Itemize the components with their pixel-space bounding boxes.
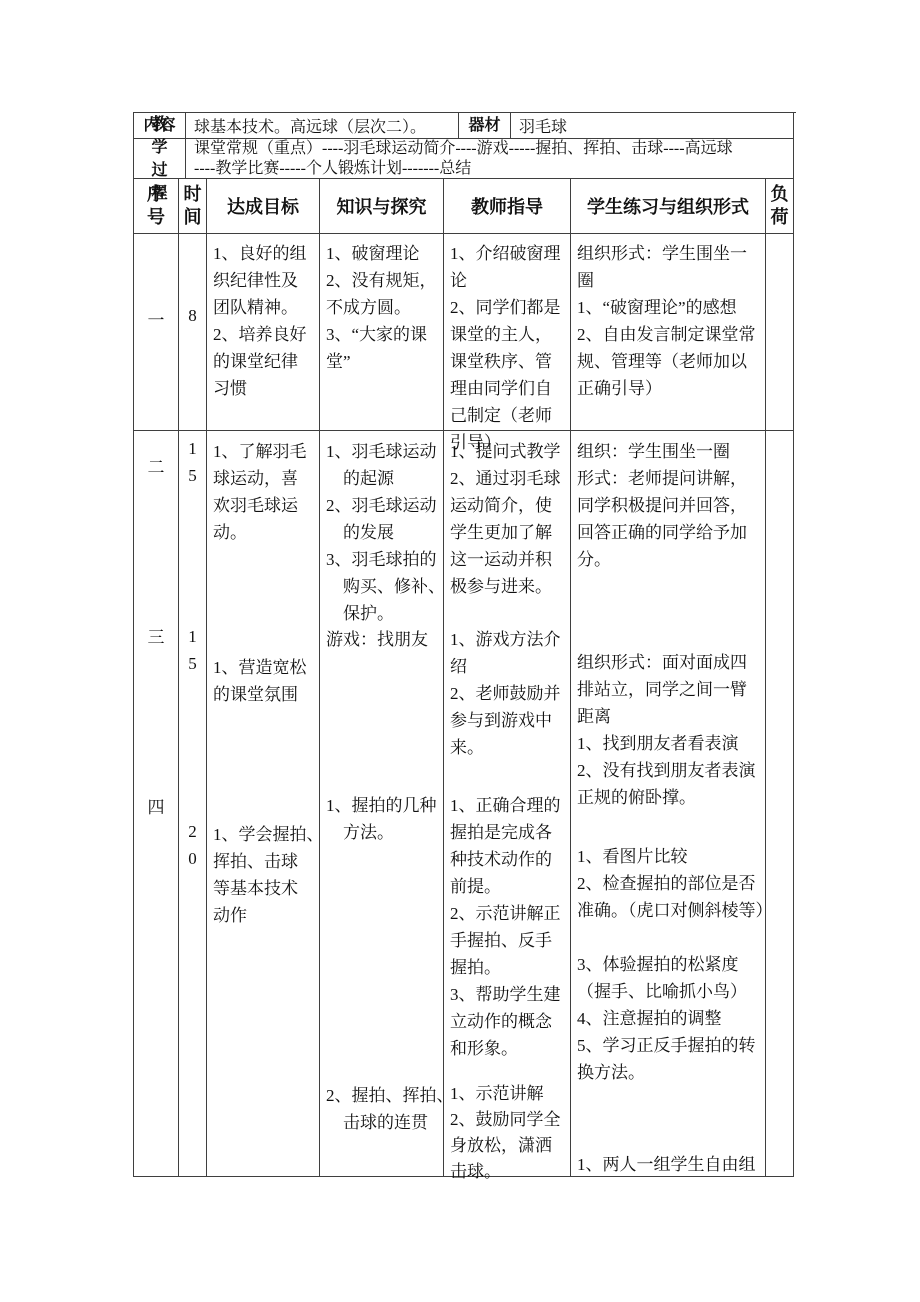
section2-knowledge: 1、羽毛球运动 的起源 2、羽毛球运动 的发展 3、羽毛球拍的 购买、修补、 保… xyxy=(326,438,447,627)
section3-practice: 组织形式：面对面成四 排站立，同学之间一臂 距离 1、找到朋友者看表演 2、没有… xyxy=(577,649,769,811)
col-header-practice: 学生练习与组织形式 xyxy=(571,179,766,234)
row1-practice: 组织形式：学生围坐一 圈 1、“破窗理论”的感想 2、自由发言制定课堂常 规、管… xyxy=(571,234,766,431)
col-header-goal: 达成目标 xyxy=(207,179,320,234)
section2-time: 15 xyxy=(179,435,206,489)
process-value: 课堂常规（重点）----羽毛球运动简介----游戏-----握拍、挥拍、击球--… xyxy=(186,139,794,179)
equipment-value: 羽毛球 xyxy=(511,113,794,139)
teacher-cell: 1、提问式教学 2、通过羽毛球 运动简介，使 学生更加了解 这一运动并积 极参与… xyxy=(444,431,571,1177)
row1-knowledge: 1、破窗理论 2、没有规矩， 不成方圆。 3、“大家的课 堂” xyxy=(320,234,444,431)
section2-seq: 二 xyxy=(134,453,178,478)
section4-seq: 四 xyxy=(134,793,178,818)
col-header-time-text: 时间 xyxy=(182,183,203,229)
col-header-knowledge: 知识与探究 xyxy=(320,179,444,234)
document-page: 内容 球基本技术。高远球（层次二）。 器材 羽毛球 教学过程 课堂常规（重点）-… xyxy=(0,0,920,1302)
section2-practice: 组织：学生围坐一圈 形式：老师提问讲解， 同学积极提问并回答， 回答正确的同学给… xyxy=(577,438,769,573)
row1-seq: 一 xyxy=(134,234,179,431)
section4-knowledge: 1、握拍的几种 方法。 xyxy=(326,792,447,846)
col-header-teacher: 教师指导 xyxy=(444,179,571,234)
col-header-seq-text: 序号 xyxy=(146,183,167,229)
table-row-1: 一 8 1、良好的组 织纪律性及 团队精神。 2、培养良好 的课堂纪律 习惯 1… xyxy=(134,234,796,431)
row1-seq-text: 一 xyxy=(134,306,178,331)
col-header-load: 负荷 xyxy=(766,179,794,234)
process-label: 教学过程 xyxy=(134,139,186,179)
section3-time: 15 xyxy=(179,623,206,677)
col-header-time: 时间 xyxy=(179,179,207,234)
row1-time-text: 8 xyxy=(179,306,206,326)
practice-cell: 组织：学生围坐一圈 形式：老师提问讲解， 同学积极提问并回答， 回答正确的同学给… xyxy=(571,431,766,1177)
section3-knowledge: 游戏：找朋友 xyxy=(326,626,447,653)
section2-goal: 1、了解羽毛 球运动，喜 欢羽毛球运 动。 xyxy=(213,438,323,546)
info-value: 球基本技术。高远球（层次二）。 xyxy=(186,113,459,139)
lesson-plan-table: 内容 球基本技术。高远球（层次二）。 器材 羽毛球 教学过程 课堂常规（重点）-… xyxy=(133,112,796,1177)
section4-goal: 1、学会握拍、 挥拍、击球 等基本技术 动作 xyxy=(213,821,323,929)
table-row-2-3-4: 二 三 四 15 15 20 1、了解羽毛 球运动，喜 欢羽毛球运 动。 1、营… xyxy=(134,431,796,1177)
section4-time-text: 20 xyxy=(186,818,200,872)
seq-cell: 二 三 四 xyxy=(134,431,179,1177)
section3-goal: 1、营造宽松 的课堂氛围 xyxy=(213,654,323,708)
row1-goal: 1、良好的组 织纪律性及 团队精神。 2、培养良好 的课堂纪律 习惯 xyxy=(207,234,320,431)
goal-cell: 1、了解羽毛 球运动，喜 欢羽毛球运 动。 1、营造宽松 的课堂氛围 1、学会握… xyxy=(207,431,320,1177)
col-header-seq: 序号 xyxy=(134,179,179,234)
section4b-teacher: 1、示范讲解 2、鼓励同学全 身放松，潇洒 击球。 xyxy=(450,1081,574,1185)
row1-teacher: 1、介绍破窗理 论 2、同学们都是 课堂的主人， 课堂秩序、管 理由同学们自 己… xyxy=(444,234,571,431)
section4b-knowledge: 2、握拍、挥拍、 击球的连贯 xyxy=(326,1082,447,1136)
section4-teacher: 1、正确合理的 握拍是完成各 种技术动作的 前提。 2、示范讲解正 手握拍、反手… xyxy=(450,792,574,1062)
section4-practice: 1、看图片比较 2、检查握拍的部位是否 准确。（虎口对侧斜棱等） 3、体验握拍的… xyxy=(577,843,769,1086)
col-header-load-text: 负荷 xyxy=(769,183,790,229)
info-row: 内容 球基本技术。高远球（层次二）。 器材 羽毛球 xyxy=(134,113,796,139)
row1-time: 8 xyxy=(179,234,207,431)
time-cell: 15 15 20 xyxy=(179,431,207,1177)
section3-teacher: 1、游戏方法介 绍 2、老师鼓励并 参与到游戏中 来。 xyxy=(450,626,574,761)
section4b-practice: 1、两人一组学生自由组 xyxy=(577,1151,769,1178)
row1-load xyxy=(766,234,794,431)
section3-time-text: 15 xyxy=(186,623,200,677)
section3-seq: 三 xyxy=(134,623,178,648)
section4-time: 20 xyxy=(179,818,206,872)
knowledge-cell: 1、羽毛球运动 的起源 2、羽毛球运动 的发展 3、羽毛球拍的 购买、修补、 保… xyxy=(320,431,444,1177)
section2-teacher: 1、提问式教学 2、通过羽毛球 运动简介，使 学生更加了解 这一运动并积 极参与… xyxy=(450,438,574,600)
equipment-label: 器材 xyxy=(459,113,511,139)
section2-time-text: 15 xyxy=(186,435,200,489)
process-row: 教学过程 课堂常规（重点）----羽毛球运动简介----游戏-----握拍、挥拍… xyxy=(134,139,796,179)
header-row: 序号 时间 达成目标 知识与探究 教师指导 学生练习与组织形式 负荷 xyxy=(134,179,796,234)
load-cell xyxy=(766,431,794,1177)
